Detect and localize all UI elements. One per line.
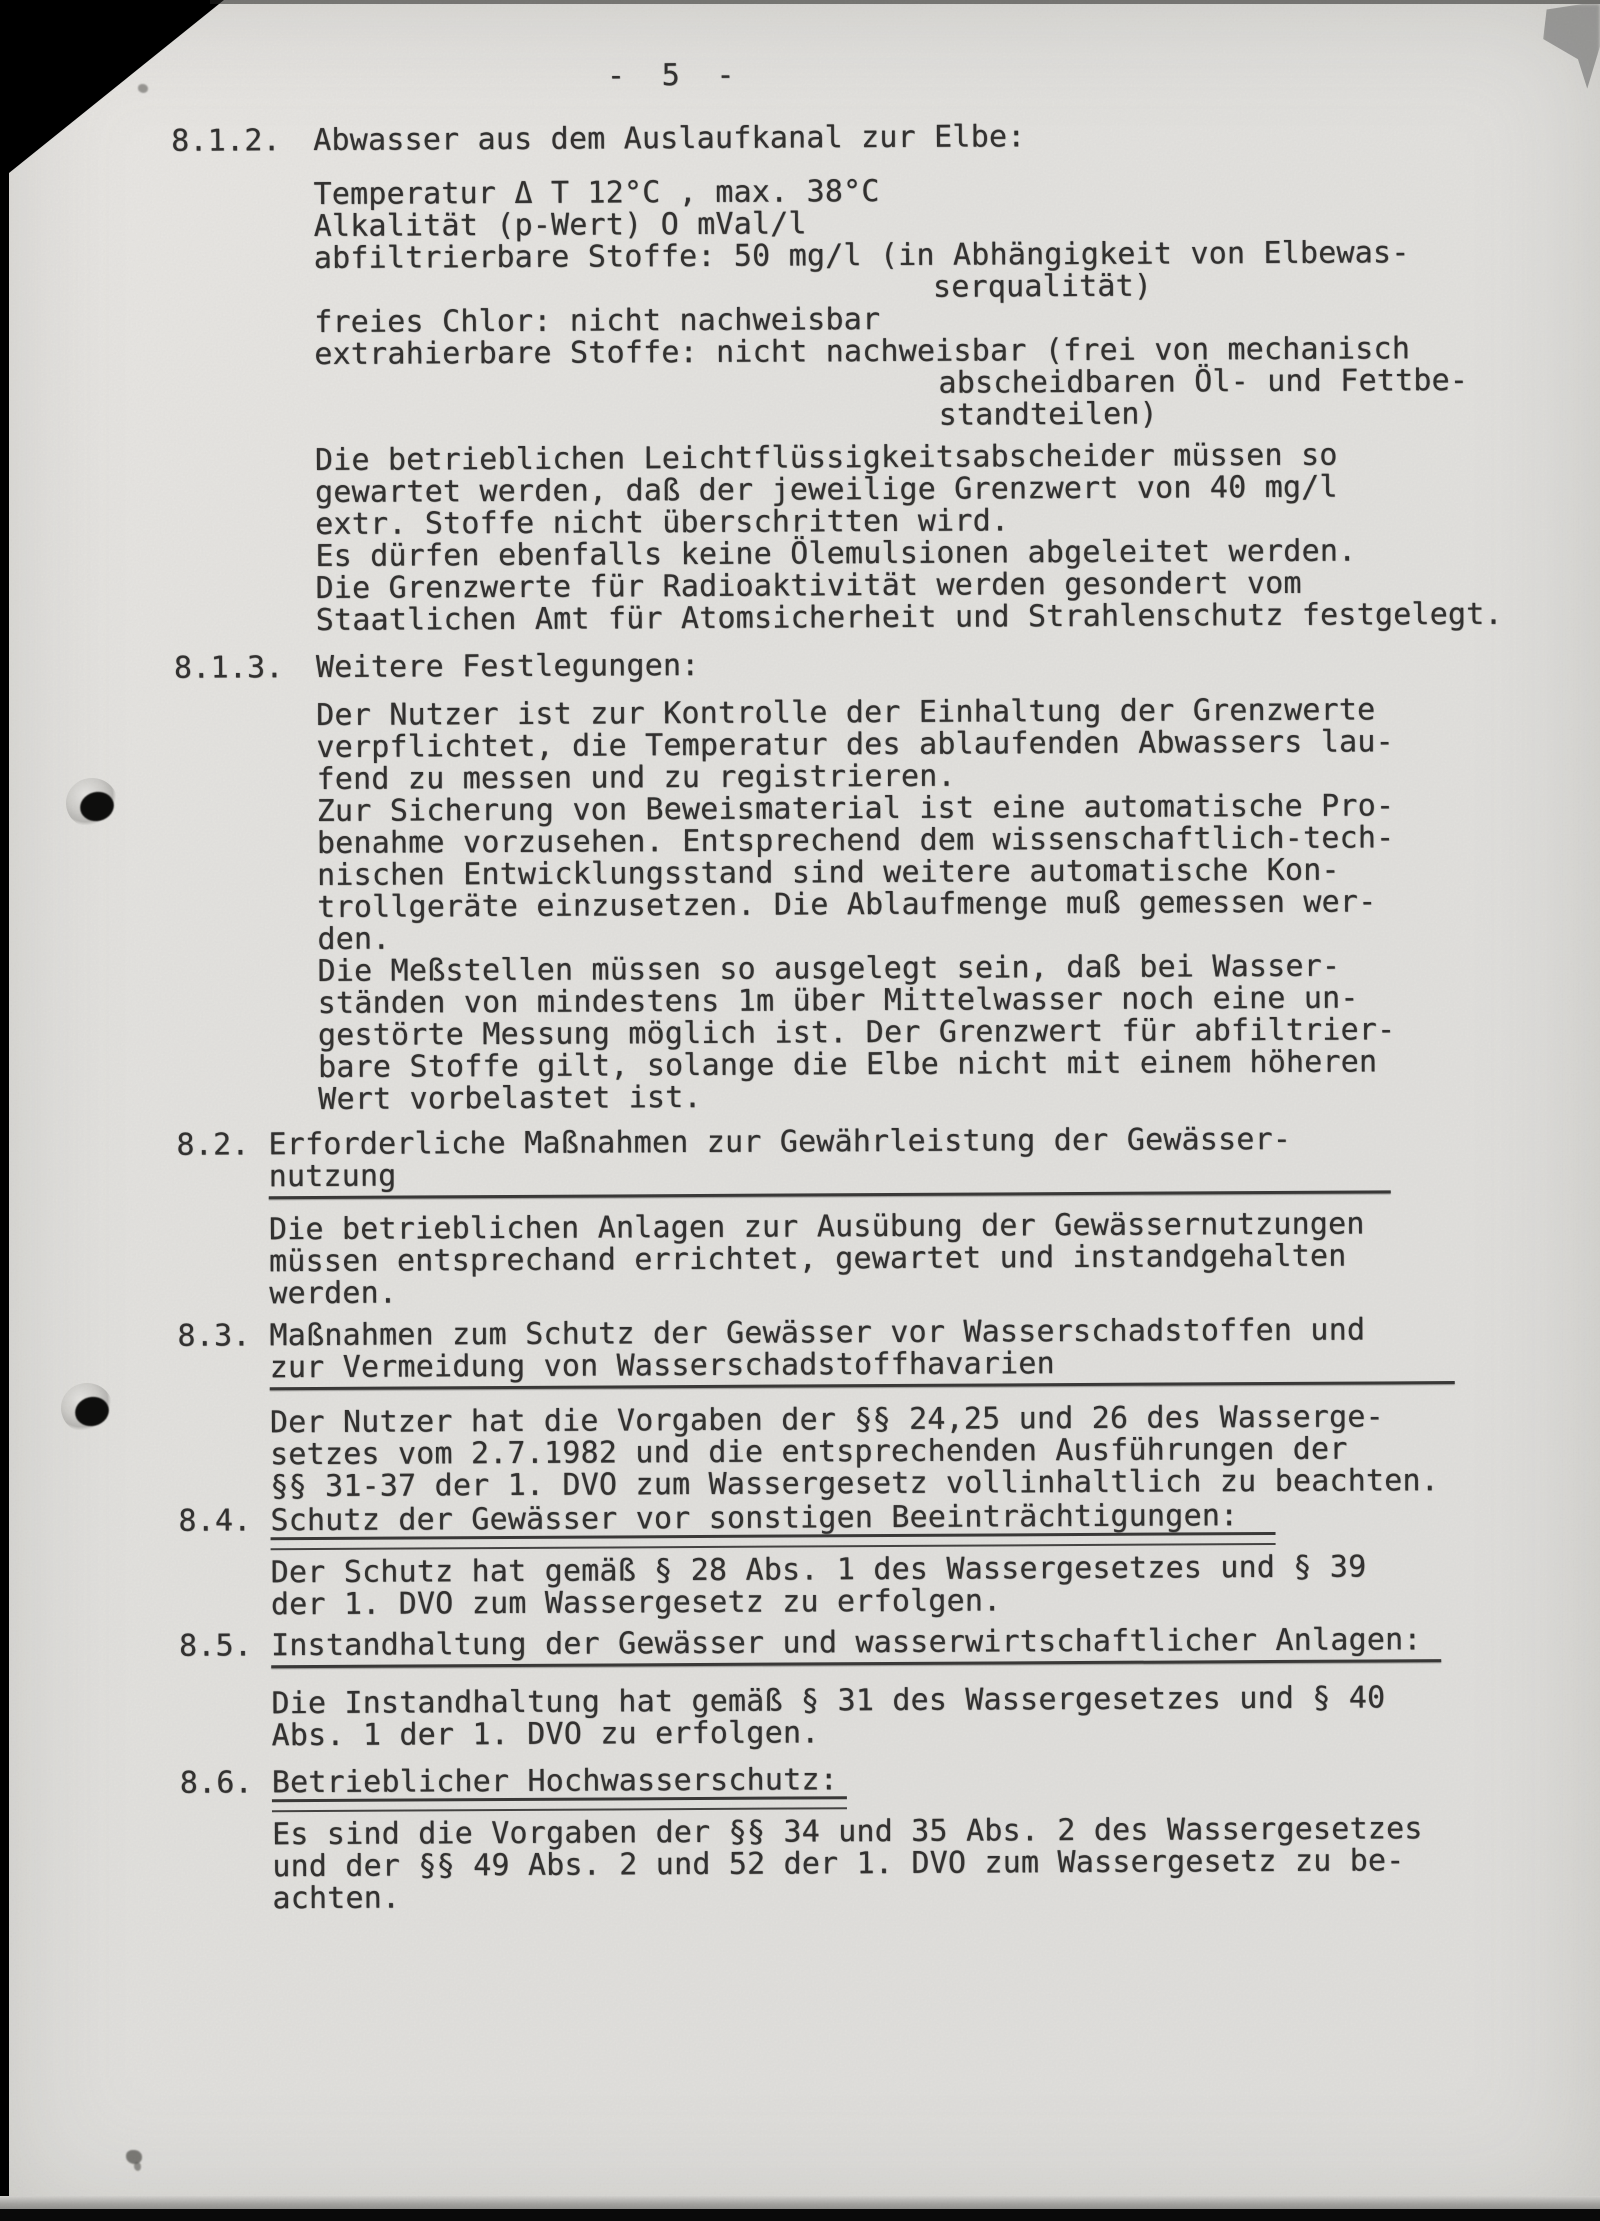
- scan-noise-overlay: [0, 0, 1600, 2221]
- scanned-document-page: - 5 - 8.1.2. Abwasser aus dem Auslaufkan…: [0, 0, 1600, 2221]
